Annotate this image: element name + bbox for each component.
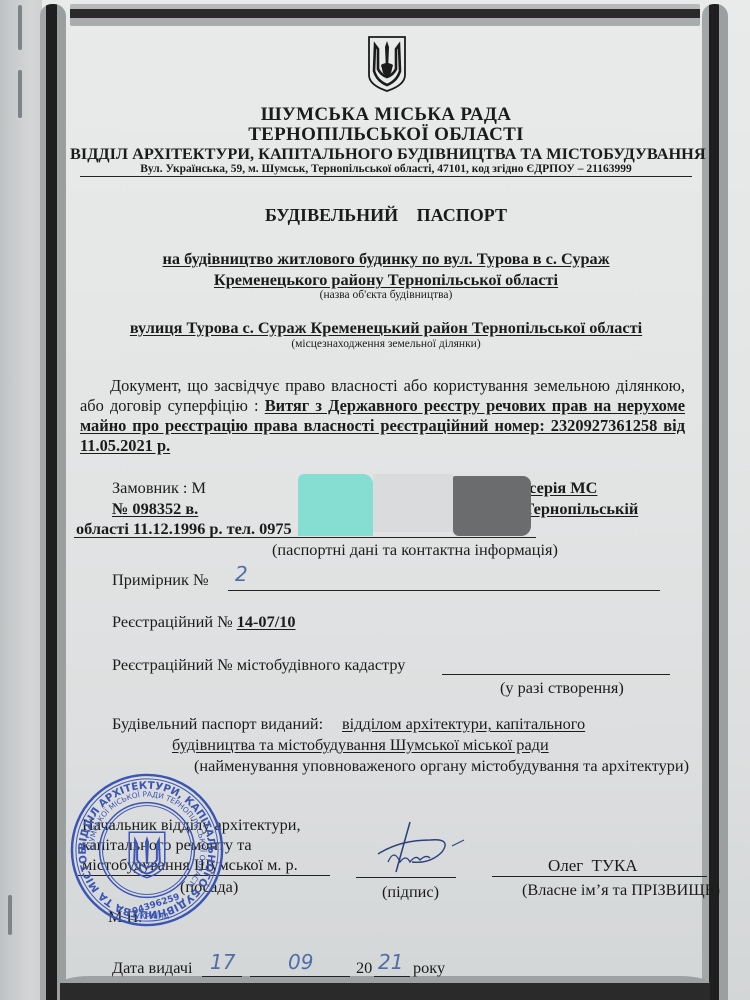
trident-coat-of-arms-icon xyxy=(367,35,407,93)
copy-number-label: Примірник № xyxy=(112,570,209,590)
name-caption: (Власне ім’я та ПРІЗВИЩЕ) xyxy=(522,880,720,900)
land-location: вулиця Турова с. Сураж Кременецький райо… xyxy=(70,318,702,338)
issued-by-line1: відділом архітектури, капітального xyxy=(342,714,585,734)
cadastre-line xyxy=(442,674,670,675)
signature-caption: (підпис) xyxy=(382,882,439,902)
registration-label: Реєстраційний № 14-07/10 xyxy=(112,612,296,632)
council-name: ШУМСЬКА МІСЬКА РАДА xyxy=(70,104,702,126)
customer-underline xyxy=(74,537,536,538)
customer-contact: області 11.12.1996 р. тел. 0975 xyxy=(76,519,292,539)
redaction-block xyxy=(453,476,531,536)
issue-day: 17 xyxy=(210,950,235,974)
issue-month: 09 xyxy=(288,950,313,974)
issue-year-line xyxy=(374,976,410,977)
staple xyxy=(18,70,22,118)
copy-number-line xyxy=(228,590,660,591)
signature-icon xyxy=(360,818,470,878)
land-location-caption: (місцезнаходження земельної ділянки) xyxy=(70,338,702,350)
redaction-block xyxy=(373,474,453,532)
cadastre-caption: (у разі створення) xyxy=(500,678,624,698)
svg-text:УКРАЇНА: УКРАЇНА xyxy=(135,911,170,921)
registration-number: 14-07/10 xyxy=(237,612,296,631)
issued-by-label: Будівельний паспорт виданий: xyxy=(112,714,323,734)
document-title: БУДІВЕЛЬНИЙ ПАСПОРТ xyxy=(70,205,702,226)
border-frame-left xyxy=(40,4,66,1000)
issue-date-label: Дата видачі xyxy=(112,958,193,978)
customer-caption: (паспортні дані та контактна інформація) xyxy=(272,540,558,560)
object-name-caption: (назва об'єкта будівництва) xyxy=(70,289,702,301)
issue-day-line xyxy=(202,976,242,977)
department-name: ВІДДІЛ АРХІТЕКТУРИ, КАПІТАЛЬНОГО БУДІВНИ… xyxy=(70,144,702,164)
object-name-line1: на будівництво житлового будинку по вул.… xyxy=(70,249,702,269)
issued-by-caption: (найменування уповноваженого органу міст… xyxy=(194,756,689,776)
department-address: Вул. Українська, 59, м. Шумськ, Тернопіл… xyxy=(80,163,692,177)
issue-year-prefix: 20 xyxy=(356,958,372,978)
staple xyxy=(8,895,12,935)
customer-label: Замовник : М xyxy=(112,478,206,498)
name-line xyxy=(492,876,707,877)
customer-passport-number: № 098352 в. xyxy=(112,499,198,519)
issue-year-suffix: 21 xyxy=(378,950,403,974)
staple xyxy=(18,5,22,50)
signatory-name: Олег ТУКА xyxy=(548,856,638,876)
document-content: ШУМСЬКА МІСЬКА РАДА ТЕРНОПІЛЬСЬКОЇ ОБЛАС… xyxy=(70,0,702,1000)
redaction-block xyxy=(298,474,373,536)
official-stamp-icon: ВІДДІЛ АРХІТЕКТУРИ, КАПІТАЛЬНОГО БУДІВНИ… xyxy=(68,770,226,930)
copy-number-value: 2 xyxy=(235,562,248,586)
issued-by-line2: будівництва та містобудування Шумської м… xyxy=(172,735,549,755)
ownership-paragraph: Документ, що засвідчує право власності а… xyxy=(80,376,685,456)
object-name-line2: Кременецького району Тернопільської обла… xyxy=(70,270,702,290)
issue-month-line xyxy=(250,976,350,977)
cadastre-label: Реєстраційний № містобудівного кадастру xyxy=(112,655,405,675)
oblast-name: ТЕРНОПІЛЬСЬКОЇ ОБЛАСТІ xyxy=(70,124,702,146)
issue-year-suffix-label: року xyxy=(413,958,445,978)
